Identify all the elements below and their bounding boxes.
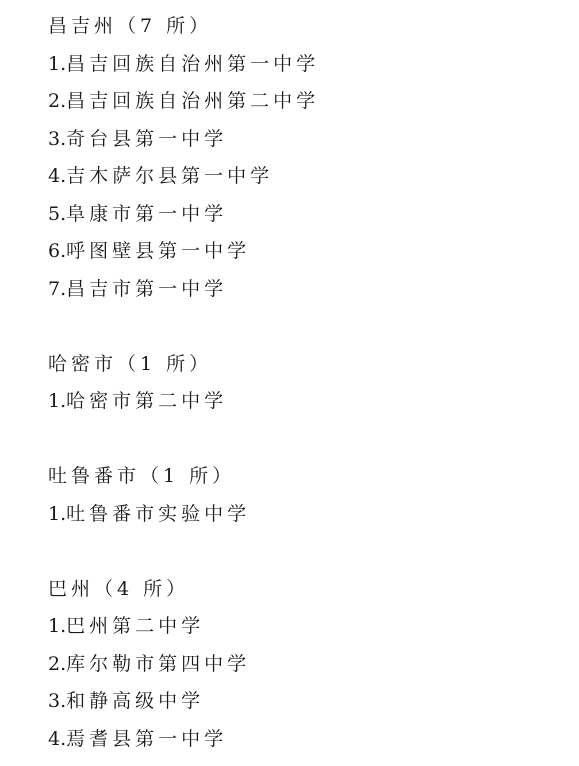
item-number: 1. [48, 53, 66, 75]
school-item: 5.阜康市第一中学 [48, 196, 568, 234]
school-name: 呼图壁县第一中学 [66, 240, 250, 262]
item-number: 3. [48, 128, 66, 150]
item-number: 4. [48, 728, 66, 750]
item-number: 1. [48, 503, 66, 525]
item-number: 3. [48, 690, 66, 712]
school-item: 3.奇台县第一中学 [48, 121, 568, 159]
item-number: 1. [48, 615, 66, 637]
item-number: 4. [48, 165, 66, 187]
school-name: 吉木萨尔县第一中学 [66, 165, 273, 187]
school-item: 1.昌吉回族自治州第一中学 [48, 46, 568, 84]
item-number: 7. [48, 278, 66, 300]
region-heading: 巴州（4 所） [48, 571, 568, 609]
region-section-turpan: 吐鲁番市（1 所） 1.吐鲁番市实验中学 [48, 458, 568, 533]
item-number: 2. [48, 653, 66, 675]
school-item: 7.昌吉市第一中学 [48, 271, 568, 309]
school-name: 巴州第二中学 [66, 615, 204, 637]
school-name: 哈密市第二中学 [66, 390, 227, 412]
school-item: 1.巴州第二中学 [48, 608, 568, 646]
school-name: 奇台县第一中学 [66, 128, 227, 150]
school-item: 2.库尔勒市第四中学 [48, 646, 568, 684]
school-name: 库尔勒市第四中学 [66, 653, 250, 675]
school-item: 2.昌吉回族自治州第二中学 [48, 83, 568, 121]
section-spacer [48, 533, 568, 571]
region-heading: 吐鲁番市（1 所） [48, 458, 568, 496]
region-section-hami: 哈密市（1 所） 1.哈密市第二中学 [48, 346, 568, 421]
school-item: 4.焉耆县第一中学 [48, 721, 568, 759]
school-item: 3.和静高级中学 [48, 683, 568, 721]
region-section-bazhou: 巴州（4 所） 1.巴州第二中学 2.库尔勒市第四中学 3.和静高级中学 4.焉… [48, 571, 568, 759]
school-name: 和静高级中学 [66, 690, 204, 712]
region-heading: 哈密市（1 所） [48, 346, 568, 384]
section-spacer [48, 308, 568, 346]
school-name: 昌吉市第一中学 [66, 278, 227, 300]
school-name: 昌吉回族自治州第二中学 [66, 90, 319, 112]
school-name: 吐鲁番市实验中学 [66, 503, 250, 525]
item-number: 1. [48, 390, 66, 412]
item-number: 2. [48, 90, 66, 112]
section-spacer [48, 421, 568, 459]
school-name: 阜康市第一中学 [66, 203, 227, 225]
region-heading: 昌吉州（7 所） [48, 8, 568, 46]
school-name: 昌吉回族自治州第一中学 [66, 53, 319, 75]
document-body: 昌吉州（7 所） 1.昌吉回族自治州第一中学 2.昌吉回族自治州第二中学 3.奇… [48, 8, 568, 758]
region-section-changji: 昌吉州（7 所） 1.昌吉回族自治州第一中学 2.昌吉回族自治州第二中学 3.奇… [48, 8, 568, 308]
school-item: 6.呼图壁县第一中学 [48, 233, 568, 271]
school-name: 焉耆县第一中学 [66, 728, 227, 750]
school-item: 1.吐鲁番市实验中学 [48, 496, 568, 534]
school-item: 4.吉木萨尔县第一中学 [48, 158, 568, 196]
school-item: 1.哈密市第二中学 [48, 383, 568, 421]
item-number: 6. [48, 240, 66, 262]
item-number: 5. [48, 203, 66, 225]
